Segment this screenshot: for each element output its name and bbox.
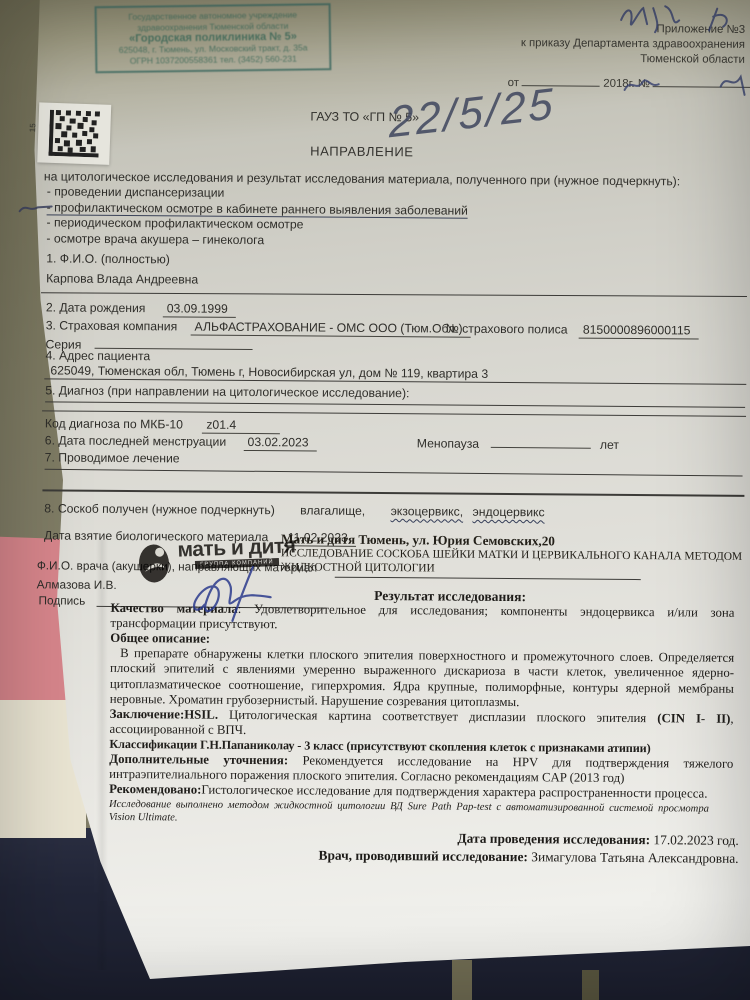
lab-underline (335, 577, 641, 580)
purpose-block: на цитологическое исследования и результ… (43, 169, 680, 251)
qr-code-sticker (37, 102, 111, 164)
menopause-label: Менопауза (417, 436, 479, 450)
fio-underline (41, 292, 747, 297)
photo-scene: Государственное автономное учреждение зд… (0, 0, 750, 1000)
scrape-label: 8. Соскоб получен (нужное подчеркнуть) (44, 501, 275, 517)
result-conclusion: Заключение:HSIL. Цитологическая картина … (110, 707, 734, 742)
menopause-blank (490, 437, 590, 449)
result-date-row: Дата проведения исследования: 17.02.2023… (297, 829, 739, 848)
policy-group: № страхового полиса 8150000896000115 (446, 322, 699, 338)
menses-label: 6. Дата последней менструации (45, 433, 226, 448)
result-additional: Дополнительные уточнения: Рекомендуется … (109, 752, 733, 787)
result-date-value: 17.02.2023 год. (650, 832, 739, 848)
document-content: Государственное автономное учреждение зд… (0, 0, 750, 1000)
stamp-line: ОГРН 1037200558361 тел. (3452) 560-231 (101, 53, 325, 67)
lab-block: Мать и дитя Тюмень, ул. Юрия Семовских,2… (281, 531, 743, 578)
treatment-line-1 (45, 469, 743, 477)
conclusion-label: Заключение:HSIL. (110, 707, 218, 722)
policy-value: 8150000896000115 (579, 323, 699, 340)
insurance-value: АЛЬФАСТРАХОВАНИЕ - ОМС ООО (Тюм.Обл.) (191, 320, 471, 338)
diagnosis-line-1 (45, 401, 745, 407)
diagnosis-line-2 (42, 410, 746, 417)
mother-child-logo-icon (136, 541, 173, 584)
scrape-row: 8. Соскоб получен (нужное подчеркнуть) в… (44, 501, 544, 519)
diagnosis-label: 5. Диагноз (при направлении на цитологич… (45, 383, 409, 400)
datamatrix-icon (48, 110, 100, 158)
insurance-row: 3. Страховая компания АЛЬФАСТРАХОВАНИЕ -… (46, 318, 746, 337)
insurance-label: 3. Страховая компания (46, 318, 178, 333)
handwritten-number: 22/5/25 (389, 79, 556, 148)
scrape-option-vagina: влагалище, (300, 503, 365, 518)
sign-label: Подпись (39, 593, 86, 607)
scribble-handwriting-icon (612, 2, 750, 111)
mkb-value: z01.4 (202, 418, 280, 435)
result-general-text: В препарате обнаружены клетки плоского э… (110, 646, 734, 711)
result-method-note: Исследование выполнено методом жидкостно… (109, 799, 709, 829)
signature-handwriting-icon (186, 557, 337, 628)
result-examiner-value: Зимагулова Татьяна Александровна. (528, 849, 739, 866)
menses-value: 03.02.2023 (244, 435, 317, 452)
recommended-label: Рекомендовано: (109, 782, 201, 797)
dob-row: 2. Дата рождения 03.09.1999 (46, 300, 236, 315)
mkb-label: Код диагноза по МКБ-10 (45, 416, 183, 431)
years-label: лет (600, 438, 619, 452)
scrape-option-exocervix: экзоцервикс, (391, 504, 464, 519)
checkmark-handwriting-icon (18, 200, 54, 216)
mkb-row: Код диагноза по МКБ-10 z01.4 (45, 416, 281, 434)
menopause-group: Менопауза лет (417, 436, 619, 452)
treatment-label: 7. Проводимое лечение (45, 450, 180, 465)
fio-label: 1. Ф.И.О. (полностью) (46, 251, 170, 266)
additional-label: Дополнительные уточнения: (109, 752, 288, 767)
treatment-line-2 (42, 489, 744, 497)
sender-value: Алмазова И.В. (37, 577, 117, 592)
result-examiner-row: Врач, проводивший исследование: Зимагуло… (207, 847, 739, 867)
policy-label: № страхового полиса (446, 322, 568, 337)
result-date-label: Дата проведения исследования: (457, 831, 650, 848)
clinic-corner-stamp: Государственное автономное учреждение зд… (95, 3, 332, 73)
result-examiner-label: Врач, проводивший исследование: (319, 848, 528, 865)
dob-value: 03.09.1999 (163, 301, 236, 318)
fio-value: Карпова Влада Андреевна (46, 271, 198, 286)
menses-row: 6. Дата последней менструации 03.02.2023… (45, 433, 705, 452)
dob-label: 2. Дата рождения (46, 300, 146, 315)
sticker-number: 15 (28, 123, 37, 132)
address-label: 4. Адрес пациента (45, 348, 150, 363)
scrape-option-endocervix: эндоцервикс (472, 505, 544, 520)
